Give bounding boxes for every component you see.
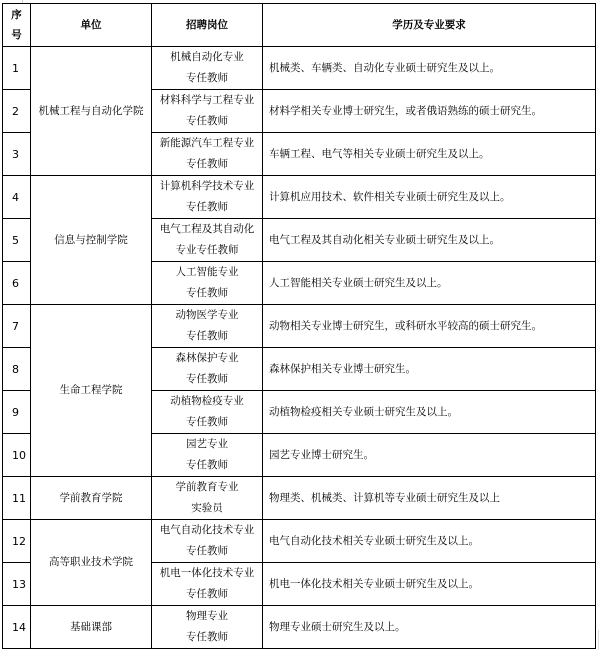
requirement-cell: 动物相关专业博士研究生，或科研水平较高的硕士研究生。 bbox=[263, 305, 596, 348]
position-cell: 森林保护专业专任教师 bbox=[152, 348, 263, 391]
position-line1: 材料科学与工程专业 bbox=[152, 90, 262, 111]
header-serial-number: 序 号 bbox=[3, 4, 31, 47]
recruitment-table-container: 序 号 单位 招聘岗位 学历及专业要求 1 机械工程与自动化学院 机械自动化专业… bbox=[2, 3, 596, 649]
serial-number: 9 bbox=[3, 391, 31, 434]
serial-number: 13 bbox=[3, 563, 31, 606]
position-cell: 机电一体化技术专业专任教师 bbox=[152, 563, 263, 606]
position-line2: 专任教师 bbox=[152, 68, 262, 89]
position-line1: 计算机科学技术专业 bbox=[152, 176, 262, 197]
requirement-cell: 电气工程及其自动化相关专业硕士研究生及以上。 bbox=[263, 219, 596, 262]
header-requirement: 学历及专业要求 bbox=[263, 4, 596, 47]
serial-number: 6 bbox=[3, 262, 31, 305]
serial-number: 12 bbox=[3, 520, 31, 563]
serial-number: 8 bbox=[3, 348, 31, 391]
position-cell: 动植物检疫专业专任教师 bbox=[152, 391, 263, 434]
header-serial-line1: 序 bbox=[11, 9, 22, 21]
serial-number: 14 bbox=[3, 606, 31, 649]
requirement-cell: 动植物检疫相关专业硕士研究生及以上。 bbox=[263, 391, 596, 434]
unit-cell: 基础课部 bbox=[31, 606, 152, 649]
position-cell: 电气自动化技术专业专任教师 bbox=[152, 520, 263, 563]
position-line2: 专任教师 bbox=[152, 197, 262, 218]
requirement-cell: 机电一体化技术相关专业硕士研究生及以上。 bbox=[263, 563, 596, 606]
position-cell: 新能源汽车工程专业专任教师 bbox=[152, 133, 263, 176]
unit-cell: 学前教育学院 bbox=[31, 477, 152, 520]
position-cell: 动物医学专业专任教师 bbox=[152, 305, 263, 348]
position-cell: 人工智能专业专任教师 bbox=[152, 262, 263, 305]
position-line1: 新能源汽车工程专业 bbox=[152, 133, 262, 154]
position-cell: 物理专业专任教师 bbox=[152, 606, 263, 649]
position-line2: 专任教师 bbox=[152, 627, 262, 648]
requirement-cell: 物理专业硕士研究生及以上。 bbox=[263, 606, 596, 649]
position-cell: 机械自动化专业专任教师 bbox=[152, 47, 263, 90]
position-line2: 专任教师 bbox=[152, 111, 262, 132]
serial-number: 5 bbox=[3, 219, 31, 262]
position-cell: 计算机科学技术专业专任教师 bbox=[152, 176, 263, 219]
position-line2: 专任教师 bbox=[152, 283, 262, 304]
position-cell: 学前教育专业实验员 bbox=[152, 477, 263, 520]
requirement-cell: 计算机应用技术、软件相关专业硕士研究生及以上。 bbox=[263, 176, 596, 219]
position-line2: 专任教师 bbox=[152, 369, 262, 390]
position-line2: 专任教师 bbox=[152, 584, 262, 605]
requirement-cell: 机械类、车辆类、自动化专业硕士研究生及以上。 bbox=[263, 47, 596, 90]
position-line1: 动植物检疫专业 bbox=[152, 391, 262, 412]
position-line1: 电气自动化技术专业 bbox=[152, 520, 262, 541]
serial-number: 1 bbox=[3, 47, 31, 90]
position-line2: 专任教师 bbox=[152, 412, 262, 433]
position-cell: 电气工程及其自动化专业专任教师 bbox=[152, 219, 263, 262]
position-line1: 动物医学专业 bbox=[152, 305, 262, 326]
table-row: 4 信息与控制学院 计算机科学技术专业专任教师 计算机应用技术、软件相关专业硕士… bbox=[3, 176, 596, 219]
position-line1: 物理专业 bbox=[152, 606, 262, 627]
position-line2: 专任教师 bbox=[152, 326, 262, 347]
position-cell: 园艺专业专任教师 bbox=[152, 434, 263, 477]
position-line2: 专任教师 bbox=[152, 541, 262, 562]
position-line2: 实验员 bbox=[152, 498, 262, 519]
requirement-cell: 森林保护相关专业博士研究生。 bbox=[263, 348, 596, 391]
position-line1: 机电一体化技术专业 bbox=[152, 563, 262, 584]
position-line1: 森林保护专业 bbox=[152, 348, 262, 369]
position-line2: 专任教师 bbox=[152, 455, 262, 476]
position-line1: 园艺专业 bbox=[152, 434, 262, 455]
requirement-cell: 园艺专业博士研究生。 bbox=[263, 434, 596, 477]
requirement-cell: 物理类、机械类、计算机等专业硕士研究生及以上 bbox=[263, 477, 596, 520]
position-line1: 电气工程及其自动化 bbox=[152, 219, 262, 240]
recruitment-table: 序 号 单位 招聘岗位 学历及专业要求 1 机械工程与自动化学院 机械自动化专业… bbox=[2, 3, 596, 649]
position-line1: 人工智能专业 bbox=[152, 262, 262, 283]
requirement-cell: 电气自动化技术相关专业硕士研究生及以上。 bbox=[263, 520, 596, 563]
serial-number: 10 bbox=[3, 434, 31, 477]
serial-number: 7 bbox=[3, 305, 31, 348]
position-line2: 专业专任教师 bbox=[152, 240, 262, 261]
position-line2: 专任教师 bbox=[152, 154, 262, 175]
header-serial-line2: 号 bbox=[11, 29, 22, 41]
table-row: 11 学前教育学院 学前教育专业实验员 物理类、机械类、计算机等专业硕士研究生及… bbox=[3, 477, 596, 520]
unit-cell: 生命工程学院 bbox=[31, 305, 152, 477]
position-line1: 学前教育专业 bbox=[152, 477, 262, 498]
requirement-cell: 材料学相关专业博士研究生，或者俄语熟练的硕士研究生。 bbox=[263, 90, 596, 133]
serial-number: 3 bbox=[3, 133, 31, 176]
position-cell: 材料科学与工程专业专任教师 bbox=[152, 90, 263, 133]
table-row: 7 生命工程学院 动物医学专业专任教师 动物相关专业博士研究生，或科研水平较高的… bbox=[3, 305, 596, 348]
position-line1: 机械自动化专业 bbox=[152, 47, 262, 68]
unit-cell: 机械工程与自动化学院 bbox=[31, 47, 152, 176]
serial-number: 4 bbox=[3, 176, 31, 219]
requirement-cell: 人工智能相关专业硕士研究生及以上。 bbox=[263, 262, 596, 305]
requirement-cell: 车辆工程、电气等相关专业硕士研究生及以上。 bbox=[263, 133, 596, 176]
unit-cell: 信息与控制学院 bbox=[31, 176, 152, 305]
header-position: 招聘岗位 bbox=[152, 4, 263, 47]
table-header-row: 序 号 单位 招聘岗位 学历及专业要求 bbox=[3, 4, 596, 47]
table-row: 12 高等职业技术学院 电气自动化技术专业专任教师 电气自动化技术相关专业硕士研… bbox=[3, 520, 596, 563]
serial-number: 11 bbox=[3, 477, 31, 520]
table-row: 1 机械工程与自动化学院 机械自动化专业专任教师 机械类、车辆类、自动化专业硕士… bbox=[3, 47, 596, 90]
serial-number: 2 bbox=[3, 90, 31, 133]
unit-cell: 高等职业技术学院 bbox=[31, 520, 152, 606]
table-row: 14 基础课部 物理专业专任教师 物理专业硕士研究生及以上。 bbox=[3, 606, 596, 649]
header-unit: 单位 bbox=[31, 4, 152, 47]
